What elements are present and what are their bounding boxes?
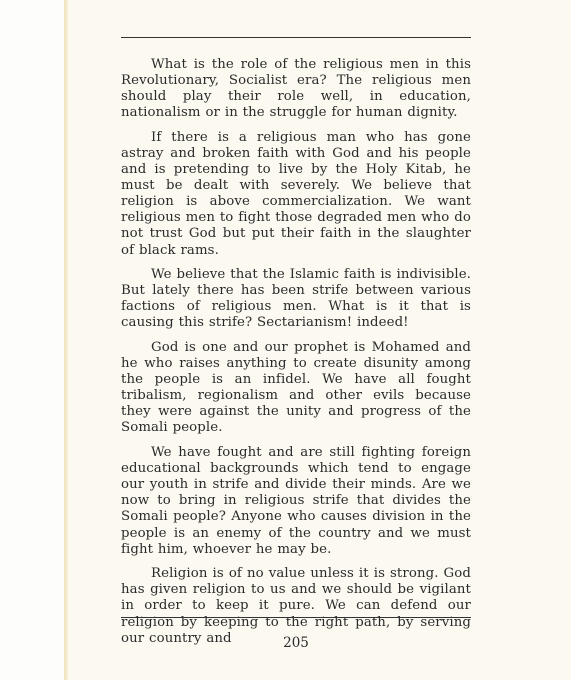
paragraph-god-is-one: God is one and our prophet is Mohamed an…	[121, 340, 471, 437]
paragraph-islamic-faith-indivisible: We believe that the Islamic faith is ind…	[121, 267, 471, 331]
paragraph-foreign-education: We have fought and are still fighting fo…	[121, 445, 471, 558]
header-rule	[121, 37, 471, 38]
body-text: What is the role of the religious men in…	[121, 57, 471, 655]
page-number: 205	[121, 635, 471, 651]
paragraph-astray-religious-man: If there is a religious man who has gone…	[121, 130, 471, 259]
facing-page-margin	[0, 0, 64, 680]
footer-rule	[121, 617, 471, 618]
paragraph-religious-men-role: What is the role of the religious men in…	[121, 57, 471, 121]
